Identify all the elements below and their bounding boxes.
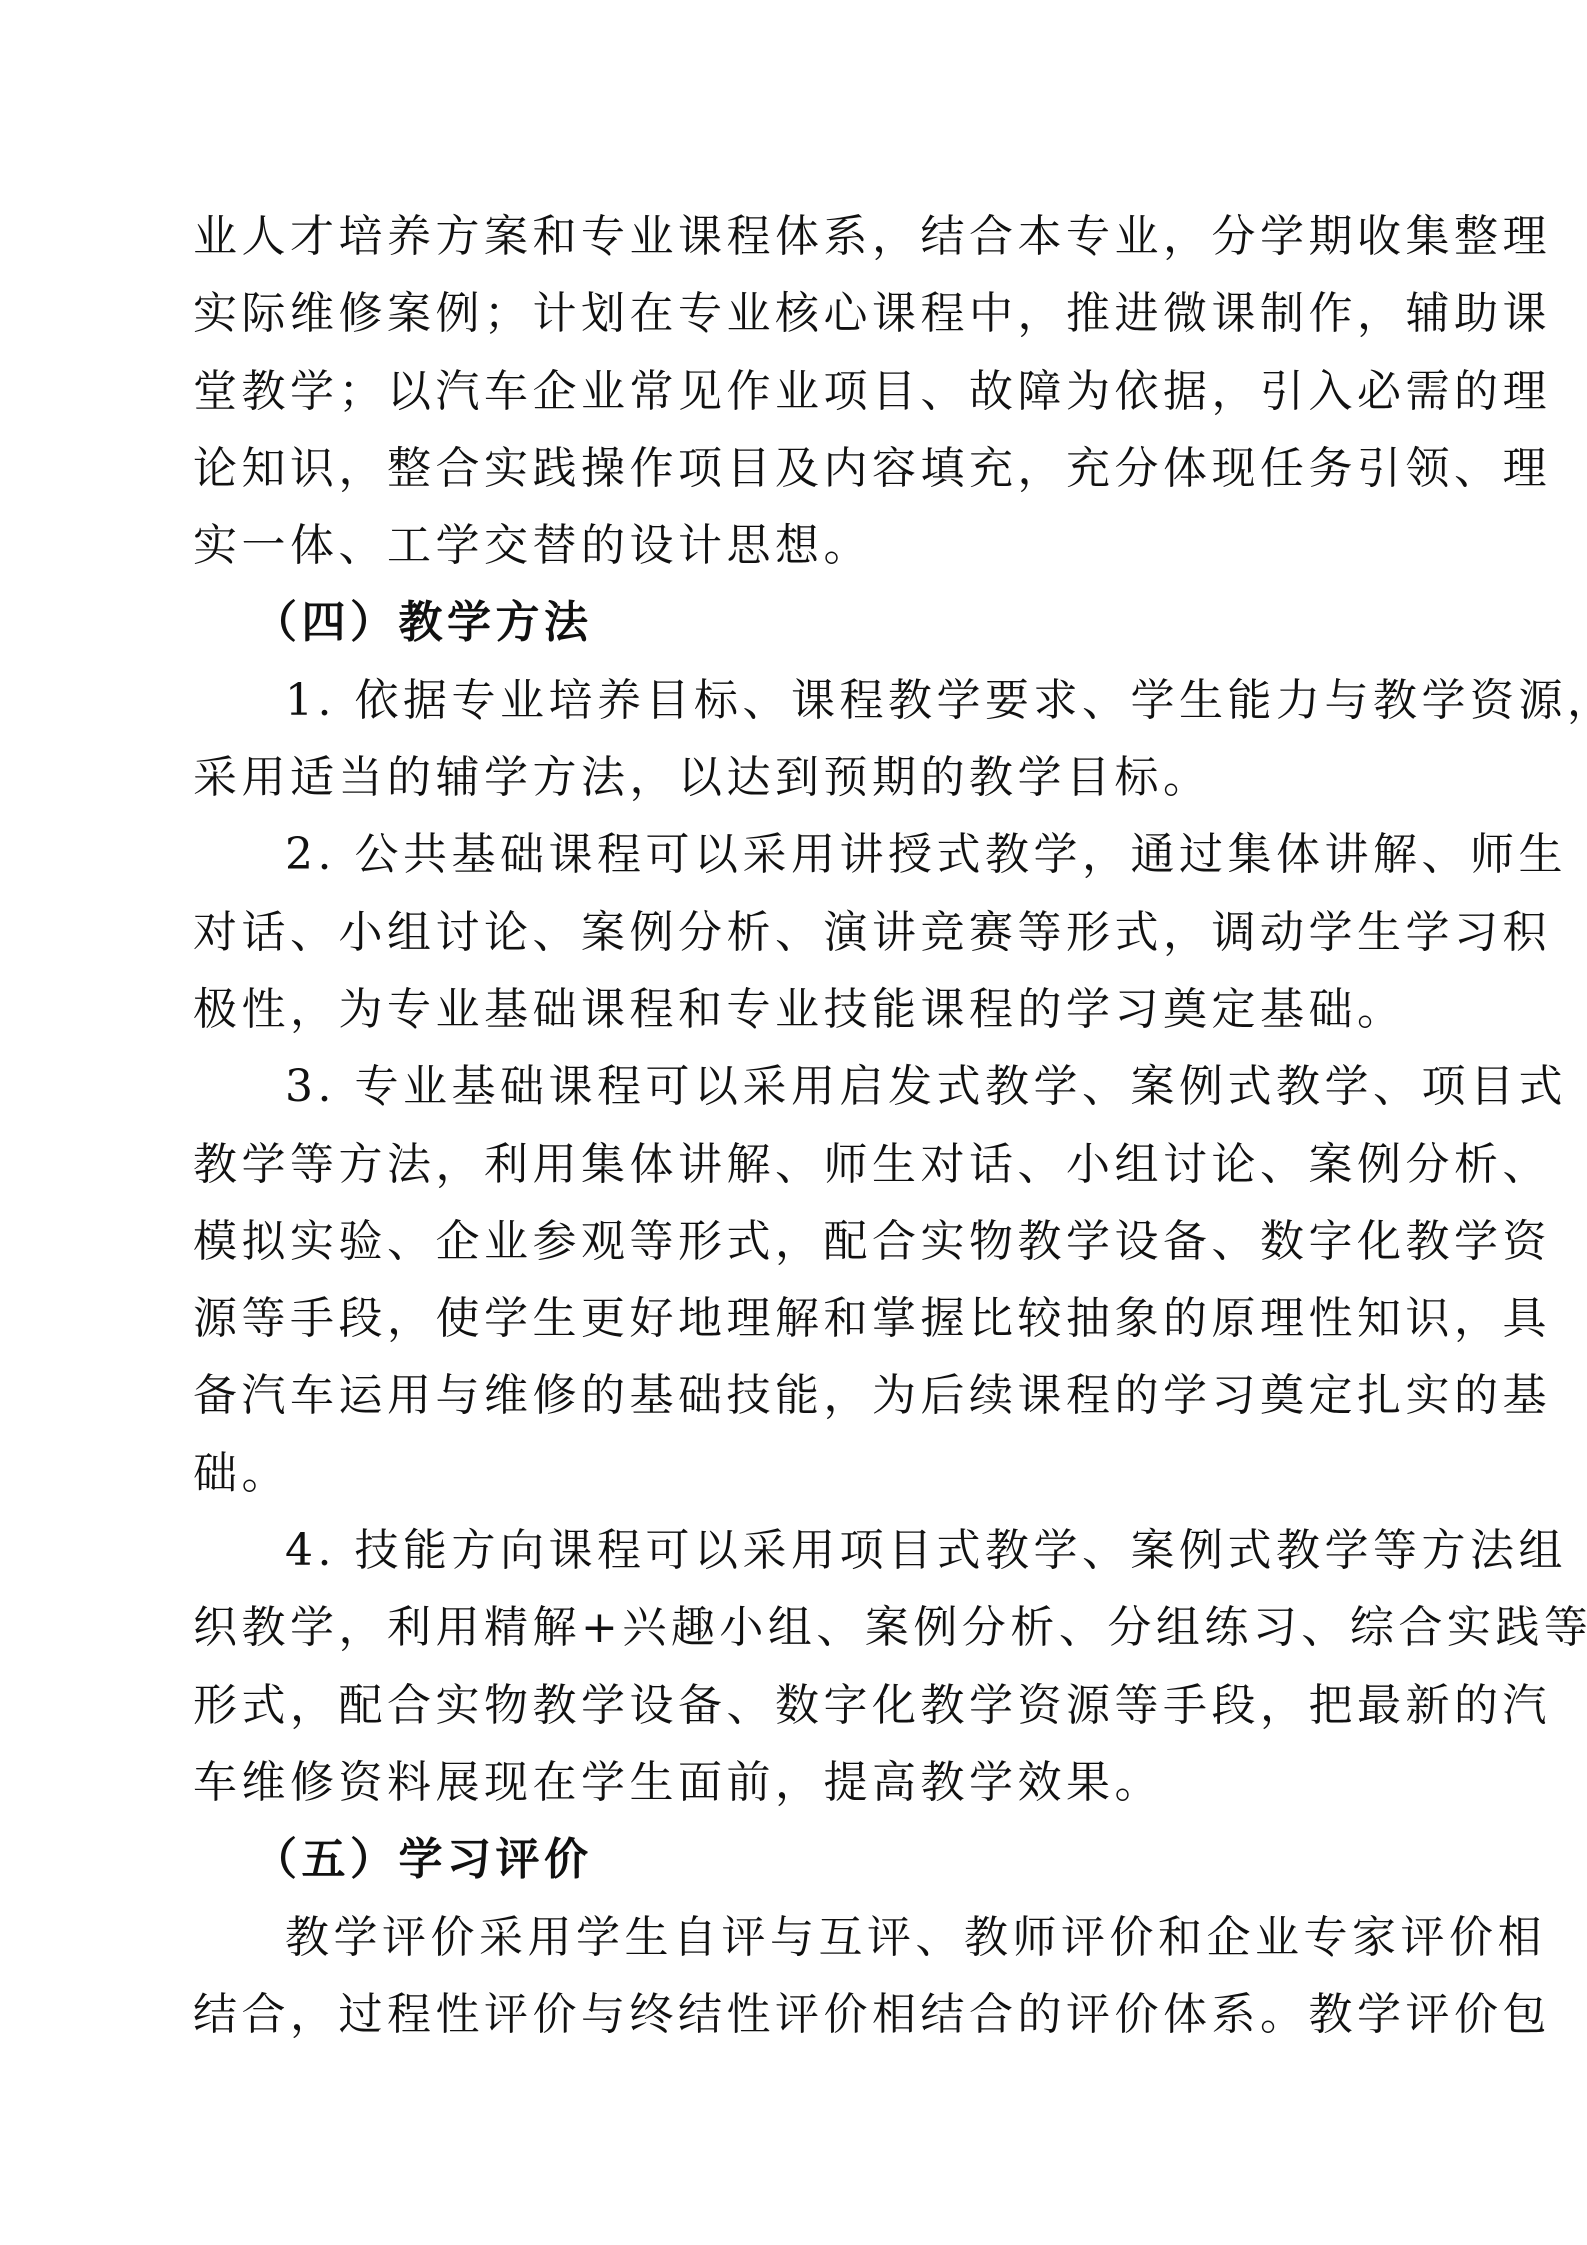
paragraph-item-4: 4. 技能方向课程可以采用项目式教学、案例式教学等方法组 织教学，利用精解+兴趣… bbox=[193, 1512, 1408, 1821]
text-line: 模拟实验、企业参观等形式，配合实物教学设备、数字化教学资 bbox=[193, 1203, 1408, 1280]
paragraph-continued: 业人才培养方案和专业课程体系，结合本专业，分学期收集整理 实际维修案例；计划在专… bbox=[193, 198, 1408, 584]
paragraph-item-1: 1. 依据专业培养目标、课程教学要求、学生能力与教学资源， 采用适当的辅学方法，… bbox=[193, 662, 1408, 817]
text-line: 教学等方法，利用集体讲解、师生对话、小组讨论、案例分析、 bbox=[193, 1126, 1408, 1203]
text-line: 实际维修案例；计划在专业核心课程中，推进微课制作，辅助课 bbox=[193, 275, 1408, 352]
text-line: 极性，为专业基础课程和专业技能课程的学习奠定基础。 bbox=[193, 971, 1408, 1048]
section-heading-learning-evaluation: （五）学习评价 bbox=[193, 1821, 1408, 1898]
text-line: 备汽车运用与维修的基础技能，为后续课程的学习奠定扎实的基 bbox=[193, 1357, 1408, 1434]
text-line: 4. 技能方向课程可以采用项目式教学、案例式教学等方法组 bbox=[193, 1512, 1408, 1589]
text-line: 实一体、工学交替的设计思想。 bbox=[193, 507, 1408, 584]
document-page: 业人才培养方案和专业课程体系，结合本专业，分学期收集整理 实际维修案例；计划在专… bbox=[193, 198, 1408, 2053]
text-line: 车维修资料展现在学生面前，提高教学效果。 bbox=[193, 1744, 1408, 1821]
text-line: 1. 依据专业培养目标、课程教学要求、学生能力与教学资源， bbox=[193, 662, 1408, 739]
text-line: 论知识，整合实践操作项目及内容填充，充分体现任务引领、理 bbox=[193, 430, 1408, 507]
text-line: 础。 bbox=[193, 1435, 1408, 1512]
text-line: 3. 专业基础课程可以采用启发式教学、案例式教学、项目式 bbox=[193, 1048, 1408, 1125]
text-line: 教学评价采用学生自评与互评、教师评价和企业专家评价相 bbox=[193, 1899, 1408, 1976]
text-line: 对话、小组讨论、案例分析、演讲竞赛等形式，调动学生学习积 bbox=[193, 894, 1408, 971]
text-line: 织教学，利用精解+兴趣小组、案例分析、分组练习、综合实践等 bbox=[193, 1589, 1408, 1666]
paragraph-item-3: 3. 专业基础课程可以采用启发式教学、案例式教学、项目式 教学等方法，利用集体讲… bbox=[193, 1048, 1408, 1512]
text-line: 结合，过程性评价与终结性评价相结合的评价体系。教学评价包 bbox=[193, 1976, 1408, 2053]
text-line: 源等手段，使学生更好地理解和掌握比较抽象的原理性知识，具 bbox=[193, 1280, 1408, 1357]
paragraph-evaluation: 教学评价采用学生自评与互评、教师评价和企业专家评价相 结合，过程性评价与终结性评… bbox=[193, 1899, 1408, 2054]
text-line: 2. 公共基础课程可以采用讲授式教学，通过集体讲解、师生 bbox=[193, 816, 1408, 893]
paragraph-item-2: 2. 公共基础课程可以采用讲授式教学，通过集体讲解、师生 对话、小组讨论、案例分… bbox=[193, 816, 1408, 1048]
text-line: 堂教学；以汽车企业常见作业项目、故障为依据，引入必需的理 bbox=[193, 353, 1408, 430]
text-line: 业人才培养方案和专业课程体系，结合本专业，分学期收集整理 bbox=[193, 198, 1408, 275]
section-heading-teaching-methods: （四）教学方法 bbox=[193, 584, 1408, 661]
text-line: 采用适当的辅学方法，以达到预期的教学目标。 bbox=[193, 739, 1408, 816]
text-line: 形式，配合实物教学设备、数字化教学资源等手段，把最新的汽 bbox=[193, 1667, 1408, 1744]
